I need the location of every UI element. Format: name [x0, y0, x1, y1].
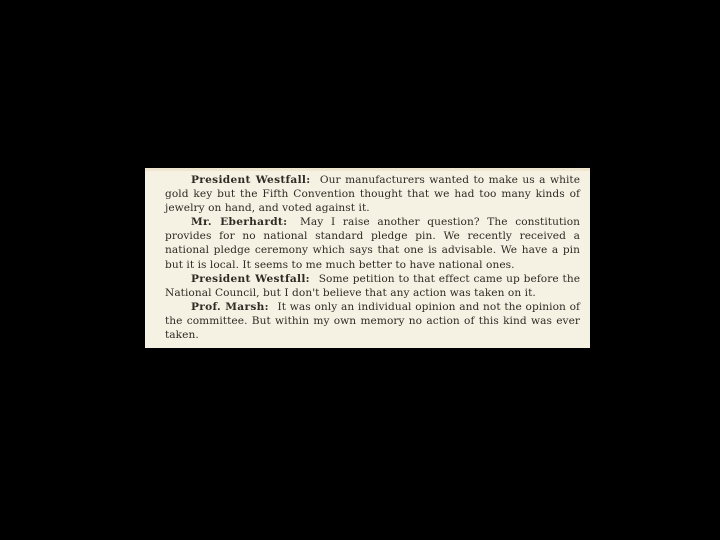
speaker-label: President Westfall:	[191, 273, 310, 285]
paragraph-westfall-2: President Westfall: Some petition to tha…	[165, 272, 580, 300]
document-clipping: President Westfall: Our manufacturers wa…	[145, 168, 590, 348]
paragraph-westfall-1: President Westfall: Our manufacturers wa…	[165, 173, 580, 215]
speaker-label: President Westfall:	[191, 174, 310, 186]
speaker-label: Mr. Eberhardt:	[191, 216, 287, 228]
paragraph-eberhardt: Mr. Eberhardt: May I raise another quest…	[165, 215, 580, 271]
speaker-label: Prof. Marsh:	[191, 301, 269, 313]
paragraph-marsh: Prof. Marsh: It was only an individual o…	[165, 300, 580, 342]
